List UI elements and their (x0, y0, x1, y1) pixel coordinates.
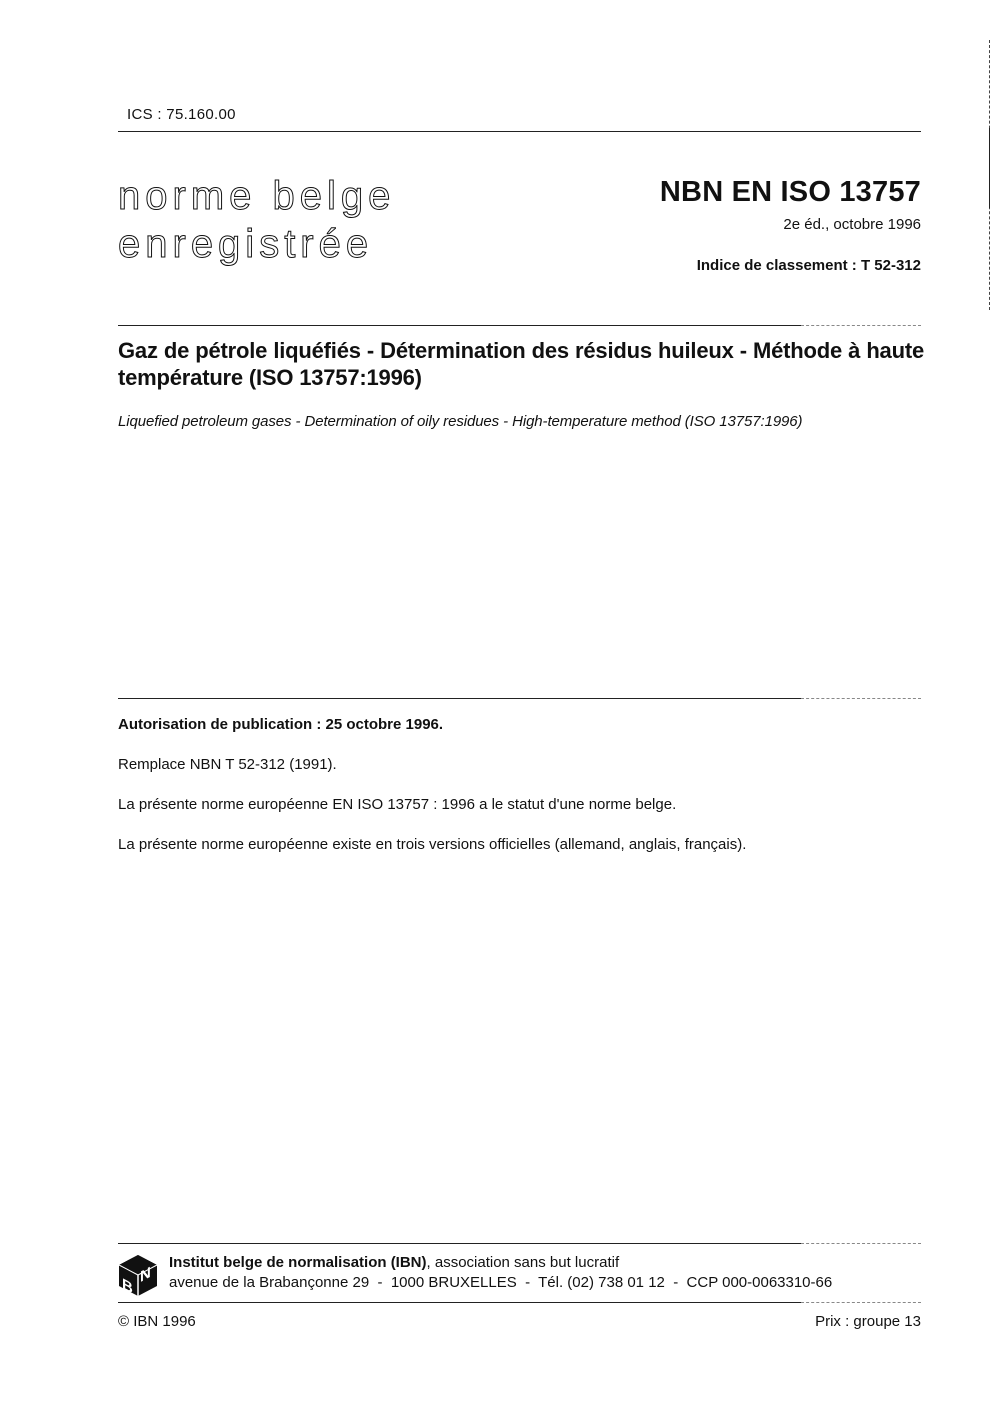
classification-index: Indice de classement : T 52-312 (697, 257, 921, 274)
title-english: Liquefied petroleum gases - Determinatio… (118, 413, 924, 430)
standard-code: NBN EN ISO 13757 (660, 176, 921, 209)
versions-note: La présente norme européenne existe en t… (118, 836, 746, 853)
title-french: Gaz de pétrole liquéfiés - Détermination… (118, 337, 924, 391)
brand-line-2: enregistrée (118, 220, 395, 268)
institute-suffix: , association sans but lucratif (427, 1254, 620, 1271)
body-divider (118, 698, 921, 699)
price-group: Prix : groupe 13 (815, 1313, 921, 1330)
replaces-note: Remplace NBN T 52-312 (1991). (118, 756, 337, 773)
institute-address: avenue de la Brabançonne 29 - 1000 BRUXE… (169, 1273, 832, 1293)
ics-code: ICS : 75.160.00 (127, 106, 236, 123)
status-note: La présente norme européenne EN ISO 1375… (118, 796, 676, 813)
footer-bottom-divider (118, 1302, 921, 1303)
header-divider (118, 131, 921, 132)
edition: 2e éd., octobre 1996 (783, 216, 921, 233)
institute-name: Institut belge de normalisation (IBN) (169, 1254, 427, 1271)
footer-top-divider (118, 1243, 921, 1244)
title-divider (118, 325, 921, 326)
page-edge-line-solid (989, 128, 990, 208)
institute-info: Institut belge de normalisation (IBN), a… (169, 1253, 832, 1293)
institute-line: Institut belge de normalisation (IBN), a… (169, 1253, 832, 1273)
publication-authorization: Autorisation de publication : 25 octobre… (118, 716, 443, 733)
brand-mark: norme belge enregistrée (118, 172, 395, 268)
copyright: © IBN 1996 (118, 1313, 196, 1330)
brand-line-1: norme belge (118, 172, 395, 220)
ibn-cube-logo-icon: B N (116, 1253, 160, 1297)
